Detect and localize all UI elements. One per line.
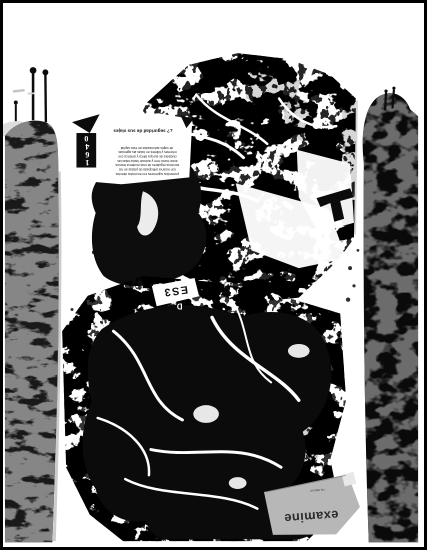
newspaper-fragment: 1 6 4 0 ¿? seguridad de sus viajes prome… bbox=[72, 113, 193, 184]
right-pin-icon bbox=[385, 93, 386, 111]
left-column-texture bbox=[3, 114, 62, 546]
advert-headline: ¿? seguridad de sus viajes bbox=[113, 128, 173, 133]
right-dark-column bbox=[358, 91, 421, 545]
pin-head-icon bbox=[42, 69, 48, 75]
fragment-letter: D. bbox=[175, 302, 183, 311]
advert-body-text: promedios superiores en recorridos direc… bbox=[115, 146, 180, 176]
collage-painting: 1 6 4 0 ¿? seguridad de sus viajes prome… bbox=[3, 3, 424, 547]
right-pin-head-icon bbox=[392, 87, 395, 90]
left-dark-column bbox=[3, 114, 62, 546]
artwork-canvas: 1 6 4 0 ¿? seguridad de sus viajes prome… bbox=[0, 0, 427, 550]
pin-head-icon bbox=[30, 67, 37, 74]
right-pin-icon bbox=[392, 90, 393, 109]
right-column-texture bbox=[358, 91, 421, 545]
right-pin-head-icon bbox=[384, 90, 387, 93]
small-pin-head-icon bbox=[14, 100, 18, 104]
